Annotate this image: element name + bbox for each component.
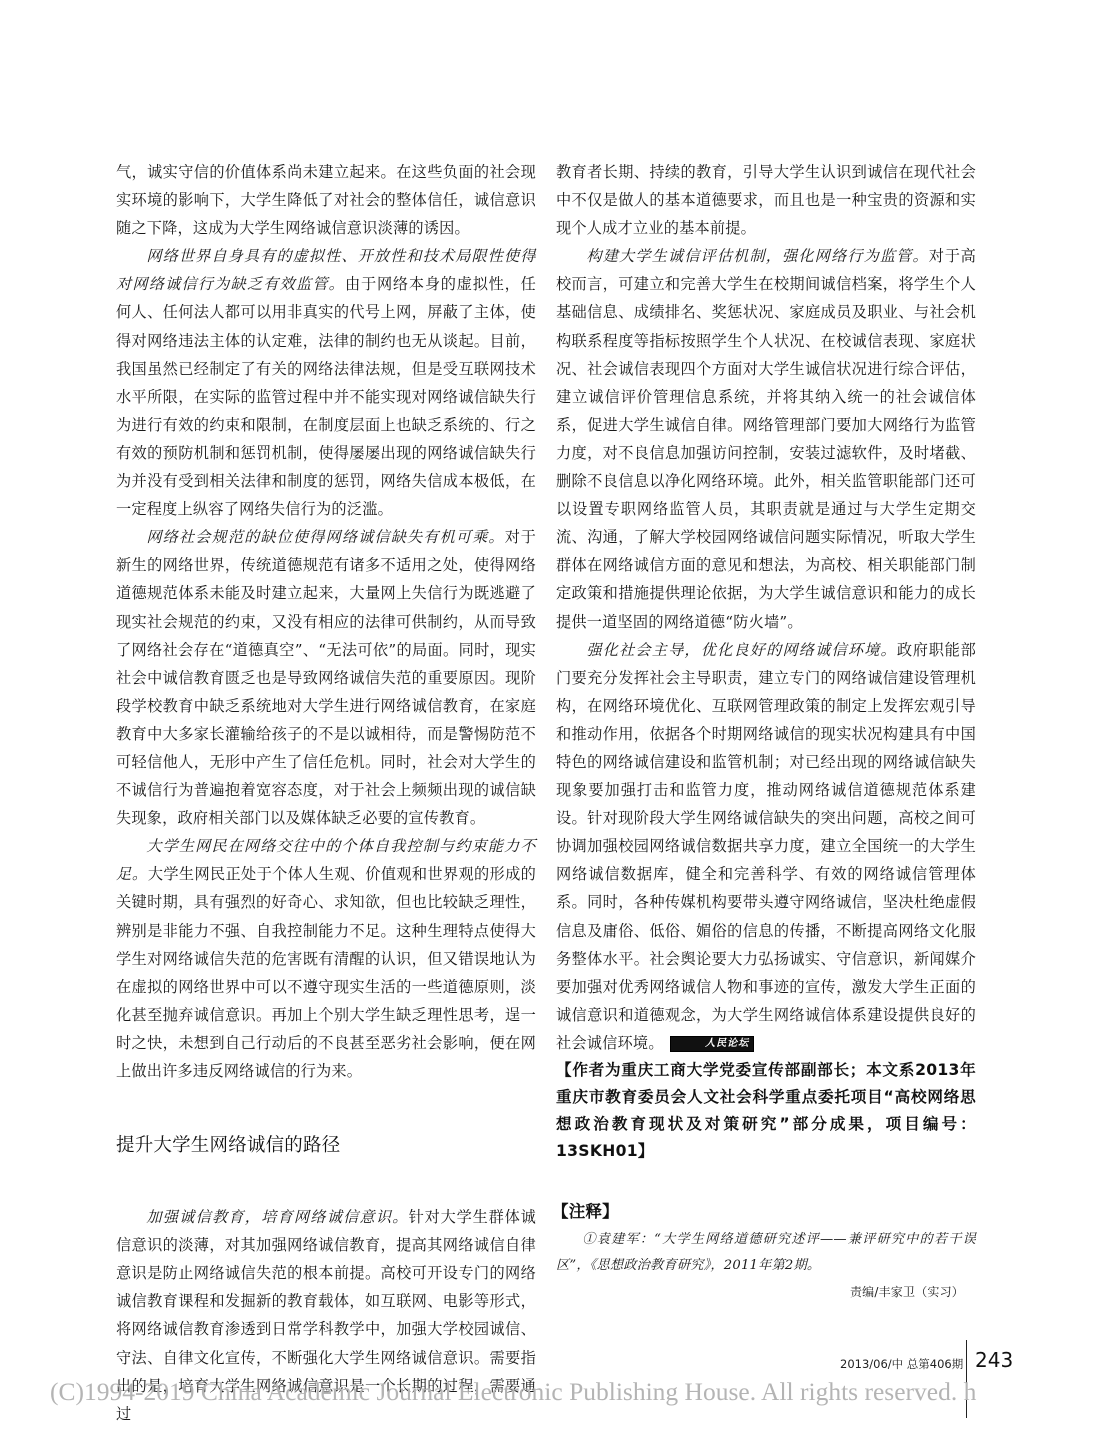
paragraph-text: 由于网络本身的虚拟性，任何人、任何法人都可以用非真实的代号上网，屏蔽了主体，使得… bbox=[116, 275, 536, 518]
paragraph: 网络世界自身具有的虚拟性、开放性和技术局限性使得对网络诚信行为缺乏有效监管。由于… bbox=[116, 242, 536, 523]
paragraph: 构建大学生诚信评估机制，强化网络行为监管。对于高校而言，可建立和完善大学生在校期… bbox=[556, 242, 976, 635]
paragraph-text: 气，诚实守信的价值体系尚未建立起来。在这些负面的社会现实环境的影响下，大学生降低… bbox=[116, 163, 536, 237]
left-column: 气，诚实守信的价值体系尚未建立起来。在这些负面的社会现实环境的影响下，大学生降低… bbox=[116, 158, 536, 1428]
paragraph-lead: 构建大学生诚信评估机制，强化网络行为监管。 bbox=[586, 247, 928, 265]
copyright-watermark: (C)1994-2019 China Academic Journal Elec… bbox=[50, 1377, 976, 1407]
paragraph: 网络社会规范的缺位使得网络诚信缺失有机可乘。对于新生的网络世界，传统道德规范有诸… bbox=[116, 523, 536, 832]
footnote: ①袁建军：“大学生网络道德研究述评——兼评研究中的若干误区”，《思想政治教育研究… bbox=[556, 1227, 976, 1279]
paragraph-text: 政府职能部门要充分发挥社会主导职责，建立专门的网络诚信建设管理机构，在网络环境优… bbox=[556, 641, 976, 1052]
paragraph-text: 对于高校而言，可建立和完善大学生在校期间诚信档案，将学生个人基础信息、成绩排名、… bbox=[556, 247, 976, 630]
paragraph-lead: 强化社会主导，优化良好的网络诚信环境。 bbox=[586, 641, 896, 659]
paragraph-lead: 加强诚信教育，培育网络诚信意识。 bbox=[146, 1208, 408, 1226]
paragraph-lead: 网络社会规范的缺位使得网络诚信缺失有机可乘。 bbox=[146, 528, 504, 546]
paragraph-text: 大学生网民正处于个体人生观、价值观和世界观的形成的关键时期，具有强烈的好奇心、求… bbox=[116, 865, 536, 1080]
right-column: 教育者长期、持续的教育，引导大学生认识到诚信在现代社会中不仅是做人的基本道德要求… bbox=[556, 158, 976, 1303]
paragraph: 气，诚实守信的价值体系尚未建立起来。在这些负面的社会现实环境的影响下，大学生降低… bbox=[116, 158, 536, 242]
editor-credit: 责编/丰家卫（实习） bbox=[556, 1281, 964, 1303]
issue-info: 2013/06/中 总第406期 bbox=[840, 1356, 963, 1372]
page-number: 243 bbox=[975, 1348, 1013, 1372]
paragraph-text: 对于新生的网络世界，传统道德规范有诸多不适用之处，使得网络道德规范体系未能及时建… bbox=[116, 528, 536, 827]
paragraph-text: 教育者长期、持续的教育，引导大学生认识到诚信在现代社会中不仅是做人的基本道德要求… bbox=[556, 163, 976, 237]
notes-heading: 【注释】 bbox=[552, 1199, 976, 1225]
section-heading: 提升大学生网络诚信的路径 bbox=[116, 1133, 536, 1159]
paragraph: 强化社会主导，优化良好的网络诚信环境。政府职能部门要充分发挥社会主导职责，建立专… bbox=[556, 636, 976, 1057]
end-mark-logo-icon: 人民论坛 bbox=[670, 1036, 754, 1052]
paragraph: 教育者长期、持续的教育，引导大学生认识到诚信在现代社会中不仅是做人的基本道德要求… bbox=[556, 158, 976, 242]
author-note: 【作者为重庆工商大学党委宣传部副部长；本文系2013年重庆市教育委员会人文社会科… bbox=[556, 1057, 976, 1165]
paragraph: 大学生网民在网络交往中的个体自我控制与约束能力不足。大学生网民正处于个体人生观、… bbox=[116, 832, 536, 1085]
